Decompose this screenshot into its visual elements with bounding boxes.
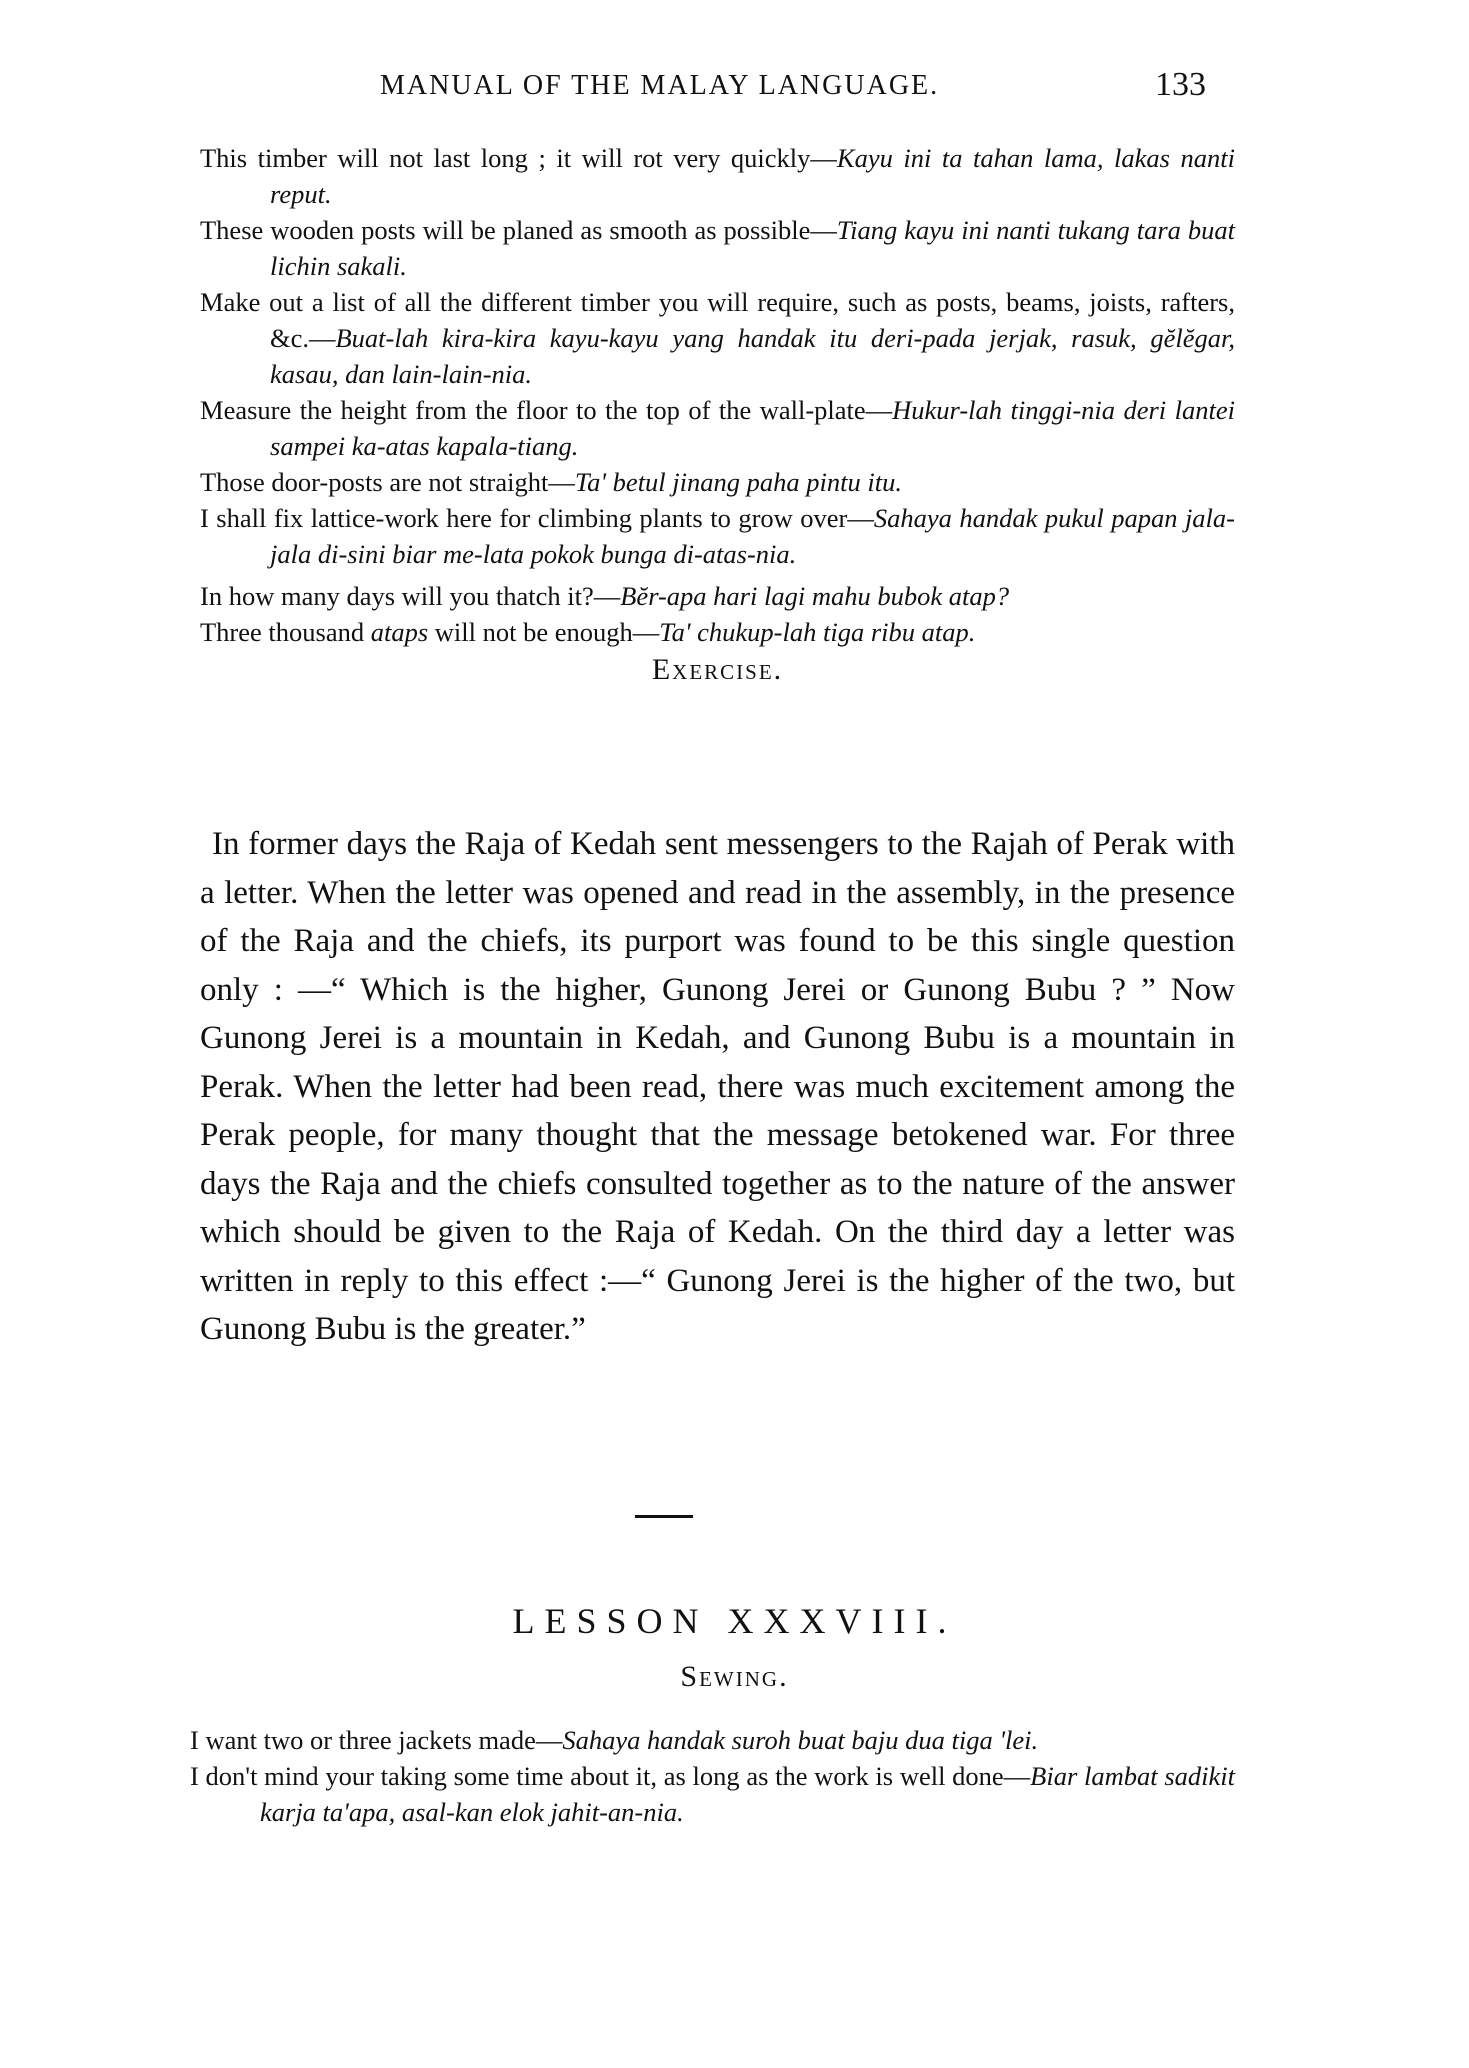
phrase-english: I shall fix lattice-work here for climbi… — [200, 503, 874, 533]
phrase-english: Three thousand — [200, 617, 371, 647]
phrase-english: In how many days will you thatch it?— — [200, 581, 620, 611]
phrase-item: Those door-posts are not straight—Ta' be… — [200, 464, 1235, 500]
phrase-item: This timber will not last long ; it will… — [200, 140, 1235, 212]
lesson-phrase-list: I want two or three jackets made—Sahaya … — [190, 1722, 1235, 1830]
phrase-item: I want two or three jackets made—Sahaya … — [190, 1722, 1235, 1758]
phrase-english: These wooden posts will be planed as smo… — [200, 215, 837, 245]
phrase-item: In how many days will you thatch it?—Bĕr… — [200, 578, 1235, 614]
running-title: MANUAL OF THE MALAY LANGUAGE. — [380, 70, 939, 102]
phrase-malay: Buat-lah kira-kira kayu-kayu yang handak… — [270, 323, 1235, 389]
phrase-item: Measure the height from the floor to the… — [200, 392, 1235, 464]
phrase-item: Make out a list of all the different tim… — [200, 284, 1235, 392]
phrase-item: Three thousand ataps will not be enough—… — [200, 614, 1235, 650]
phrase-malay: Sahaya handak suroh buat baju dua tiga '… — [562, 1725, 1038, 1755]
phrase-english: Measure the height from the floor to the… — [200, 395, 892, 425]
phrase-english: I want two or three jackets made— — [190, 1725, 562, 1755]
exercise-text: In former days the Raja of Kedah sent me… — [200, 820, 1235, 1354]
exercise-heading: Exercise. — [200, 652, 1235, 688]
phrase-english: will not be enough— — [428, 617, 659, 647]
phrase-malay: Bĕr-apa hari lagi mahu bubok atap? — [620, 581, 1009, 611]
section-divider — [635, 1515, 693, 1518]
phrase-item: I shall fix lattice-work here for climbi… — [200, 500, 1235, 572]
lesson-subtitle: Sewing. — [0, 1660, 1469, 1694]
lesson-title: LESSON XXXVIII. — [0, 1600, 1469, 1642]
phrase-english: I don't mind your taking some time about… — [190, 1761, 1030, 1791]
phrase-english-italic: ataps — [371, 617, 428, 647]
phrase-list: This timber will not last long ; it will… — [200, 140, 1235, 696]
exercise-passage: In former days the Raja of Kedah sent me… — [200, 820, 1235, 1354]
phrase-item: I don't mind your taking some time about… — [190, 1758, 1235, 1830]
phrase-item: These wooden posts will be planed as smo… — [200, 212, 1235, 284]
page-number: 133 — [1155, 66, 1206, 104]
phrase-malay: Ta' chukup-lah tiga ribu atap. — [659, 617, 975, 647]
page-header: MANUAL OF THE MALAY LANGUAGE. 133 — [0, 62, 1469, 112]
phrase-malay: Ta' betul jinang paha pintu itu. — [575, 467, 902, 497]
phrase-english: This timber will not last long ; it will… — [200, 143, 837, 173]
phrase-english: Those door-posts are not straight— — [200, 467, 575, 497]
